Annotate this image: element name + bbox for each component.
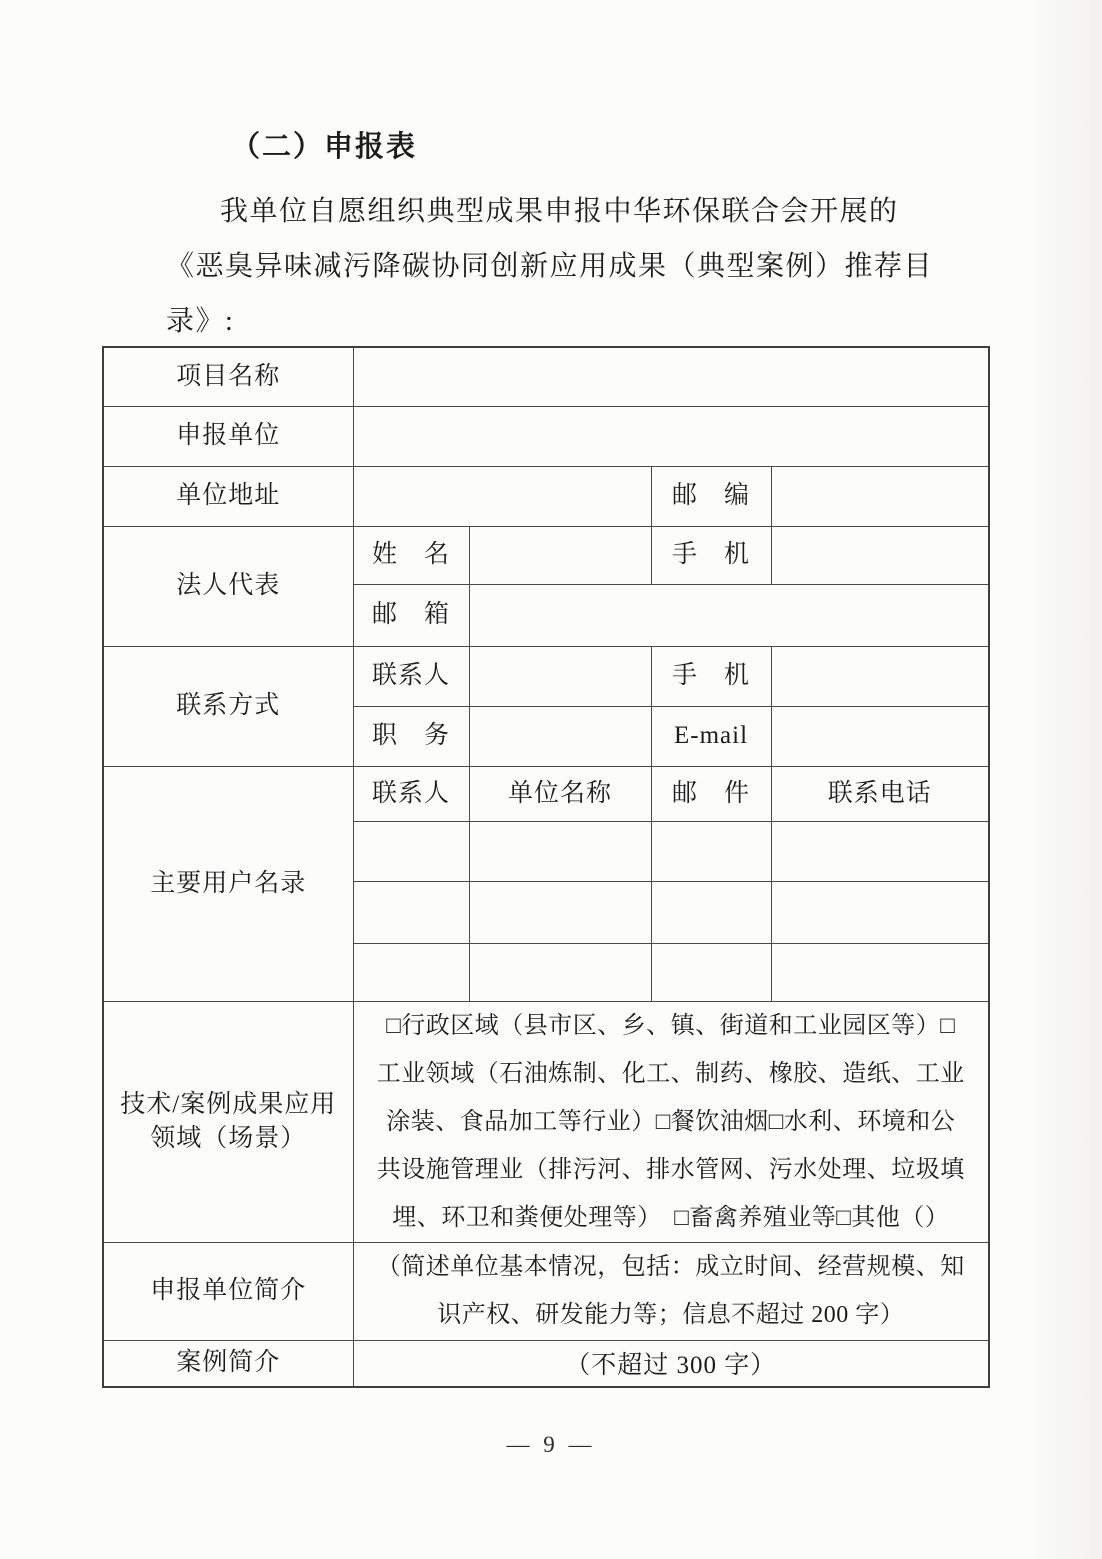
project-name-label: 项目名称 — [103, 347, 353, 406]
unit-profile-note-line: 识产权、研发能力等；信息不超过 200 字） — [360, 1291, 983, 1339]
users-row-cell[interactable] — [353, 881, 469, 943]
contact-method-label: 联系方式 — [103, 646, 353, 766]
application-field-options-cell[interactable]: □行政区域（县市区、乡、镇、街道和工业园区等）□ 工业领域（石油炼制、化工、制药… — [353, 1001, 989, 1242]
section-heading: （二）申报表 — [231, 124, 417, 165]
users-row-cell[interactable] — [469, 943, 651, 1001]
application-field-line: 工业领域（石油炼制、化工、制药、橡胶、造纸、工业 — [360, 1050, 983, 1098]
table-row: 联系方式 联系人 手 机 — [103, 646, 989, 706]
application-field-line: 涂装、食品加工等行业）□餐饮油烟□水利、环境和公 — [360, 1098, 983, 1146]
users-row-cell[interactable] — [469, 821, 651, 881]
unit-profile-note-line: （简述单位基本情况，包括：成立时间、经营规模、知 — [360, 1243, 983, 1291]
unit-address-input-cell[interactable] — [353, 466, 651, 526]
users-row-cell[interactable] — [771, 881, 989, 943]
unit-profile-input-cell[interactable]: （简述单位基本情况，包括：成立时间、经营规模、知 识产权、研发能力等；信息不超过… — [353, 1242, 989, 1340]
contact-mobile-input-cell[interactable] — [771, 646, 989, 706]
position-label: 职 务 — [353, 706, 469, 766]
email-label: E-mail — [651, 706, 771, 766]
legal-mobile-label: 手 机 — [651, 526, 771, 584]
intro-line: 我单位自愿组织典型成果申报中华环保联合会开展的 — [220, 189, 899, 229]
application-form-table: 项目名称 申报单位 单位地址 邮 编 法人代表 姓 名 手 机 邮 箱 联系方式… — [102, 346, 990, 1388]
postcode-input-cell[interactable] — [771, 466, 989, 526]
users-row-cell[interactable] — [771, 821, 989, 881]
legal-name-input-cell[interactable] — [469, 526, 651, 584]
table-row: 法人代表 姓 名 手 机 — [103, 526, 989, 584]
users-row-cell[interactable] — [651, 943, 771, 1001]
unit-address-label: 单位地址 — [103, 466, 353, 526]
table-row: 案例简介 （不超过 300 字） — [103, 1340, 989, 1387]
table-row: 申报单位 — [103, 406, 989, 466]
contact-person-label: 联系人 — [353, 646, 469, 706]
application-field-line: 共设施管理业（排污河、排水管网、污水处理、垃圾填 — [360, 1146, 983, 1194]
legal-name-label: 姓 名 — [353, 526, 469, 584]
page-number: — 9 — — [0, 1432, 1102, 1458]
users-header-row: 主要用户名录 联系人 单位名称 邮 件 联系电话 — [103, 766, 989, 821]
position-input-cell[interactable] — [469, 706, 651, 766]
users-row-cell[interactable] — [651, 881, 771, 943]
case-profile-input-cell[interactable]: （不超过 300 字） — [353, 1340, 989, 1387]
legal-mobile-input-cell[interactable] — [771, 526, 989, 584]
document-page: （二）申报表 我单位自愿组织典型成果申报中华环保联合会开展的 《恶臭异味减污降碳… — [0, 0, 1102, 1559]
users-row-cell[interactable] — [353, 821, 469, 881]
legal-mailbox-input-cell[interactable] — [469, 584, 989, 646]
case-profile-label: 案例简介 — [103, 1340, 353, 1387]
unit-profile-label: 申报单位简介 — [103, 1242, 353, 1340]
users-row-cell[interactable] — [771, 943, 989, 1001]
table-row: 技术/案例成果应用领域（场景） □行政区域（县市区、乡、镇、街道和工业园区等）□… — [103, 1001, 989, 1242]
users-row-cell[interactable] — [651, 821, 771, 881]
postcode-label: 邮 编 — [651, 466, 771, 526]
project-name-input-cell[interactable] — [353, 347, 989, 406]
contact-mobile-label: 手 机 — [651, 646, 771, 706]
intro-line: 《恶臭异味减污降碳协同创新应用成果（典型案例）推荐目 — [166, 244, 933, 284]
email-input-cell[interactable] — [771, 706, 989, 766]
application-field-line: □行政区域（县市区、乡、镇、街道和工业园区等）□ — [360, 1002, 983, 1050]
application-field-line: 埋、环卫和粪便处理等） □畜禽养殖业等□其他（） — [360, 1194, 983, 1242]
contact-person-input-cell[interactable] — [469, 646, 651, 706]
table-row: 单位地址 邮 编 — [103, 466, 989, 526]
application-field-label: 技术/案例成果应用领域（场景） — [103, 1001, 353, 1242]
legal-representative-label: 法人代表 — [103, 526, 353, 646]
users-row-cell[interactable] — [353, 943, 469, 1001]
users-header-contact-label: 联系人 — [353, 766, 469, 821]
users-row-cell[interactable] — [469, 881, 651, 943]
users-header-mail-label: 邮 件 — [651, 766, 771, 821]
users-header-unit-label: 单位名称 — [469, 766, 651, 821]
applicant-unit-input-cell[interactable] — [353, 406, 989, 466]
legal-mailbox-label: 邮 箱 — [353, 584, 469, 646]
applicant-unit-label: 申报单位 — [103, 406, 353, 466]
intro-line: 录》: — [166, 299, 234, 339]
users-header-phone-label: 联系电话 — [771, 766, 989, 821]
table-row: 项目名称 — [103, 347, 989, 406]
table-row: 申报单位简介 （简述单位基本情况，包括：成立时间、经营规模、知 识产权、研发能力… — [103, 1242, 989, 1340]
users-list-label: 主要用户名录 — [103, 766, 353, 1001]
